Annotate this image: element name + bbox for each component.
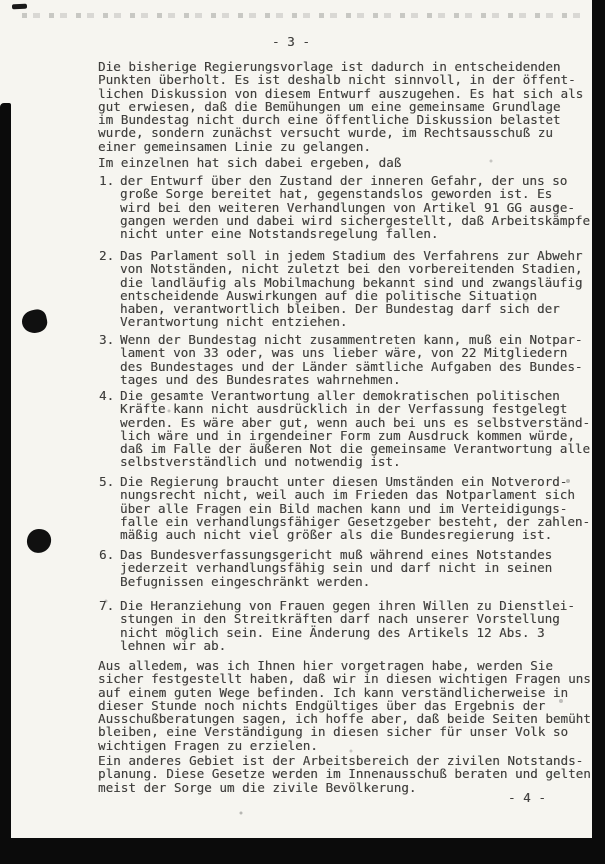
scan-edge-right xyxy=(592,0,605,864)
page-number-bottom: - 4 - xyxy=(508,791,546,804)
list-item-number: 3. xyxy=(99,333,120,386)
list-item-6: 6. Das Bundesverfassungsgericht muß währ… xyxy=(99,548,552,588)
paragraph-opening: Die bisherige Regierungsvorlage ist dadu… xyxy=(98,60,598,153)
list-item-2: 2. Das Parlament soll in jedem Stadium d… xyxy=(99,249,583,329)
paragraph-closing-1: Aus alledem, was ich Ihnen hier vorgetra… xyxy=(98,659,603,752)
list-item-text: der Entwurf über den Zustand der inneren… xyxy=(120,174,590,240)
scanned-document-page: - 3 - Die bisherige Regierungsvorlage is… xyxy=(0,0,605,864)
list-item-number: 1. xyxy=(99,174,120,240)
list-item-text: Das Parlament soll in jedem Stadium des … xyxy=(120,249,583,329)
scan-mark xyxy=(12,4,27,10)
list-item-text: Das Bundesverfassungsgericht muß während… xyxy=(120,548,552,588)
list-item-number: 7. xyxy=(99,599,120,652)
scan-noise-line xyxy=(22,13,587,18)
list-item-7: 7. Die Heranziehung von Frauen gegen ihr… xyxy=(99,599,575,652)
paragraph-closing-2: Ein anderes Gebiet ist der Arbeitsbereic… xyxy=(98,754,603,794)
list-item-number: 5. xyxy=(99,475,120,541)
intro-line: Im einzelnen hat sich dabei ergeben, daß xyxy=(98,156,598,169)
scan-edge-left xyxy=(0,103,11,864)
ink-blob-lower xyxy=(25,527,52,554)
scan-edge-bottom xyxy=(0,838,605,864)
ink-blob-upper xyxy=(20,308,49,336)
list-item-text: Die gesamte Verantwortung aller demokrat… xyxy=(120,389,598,469)
list-item-number: 4. xyxy=(99,389,120,469)
list-item-5: 5. Die Regierung braucht unter diesen Um… xyxy=(99,475,590,541)
list-item-1: 1. der Entwurf über den Zustand der inne… xyxy=(99,174,590,240)
page-number-top: - 3 - xyxy=(272,35,310,48)
list-item-number: 2. xyxy=(99,249,120,329)
list-item-3: 3. Wenn der Bundestag nicht zusammentret… xyxy=(99,333,583,386)
list-item-text: Die Regierung braucht unter diesen Umstä… xyxy=(120,475,590,541)
scan-speckles xyxy=(0,0,2,2)
list-item-text: Wenn der Bundestag nicht zusammentreten … xyxy=(120,333,583,386)
list-item-number: 6. xyxy=(99,548,120,588)
list-item-4: 4. Die gesamte Verantwortung aller demok… xyxy=(99,389,598,469)
list-item-text: Die Heranziehung von Frauen gegen ihren … xyxy=(120,599,575,652)
